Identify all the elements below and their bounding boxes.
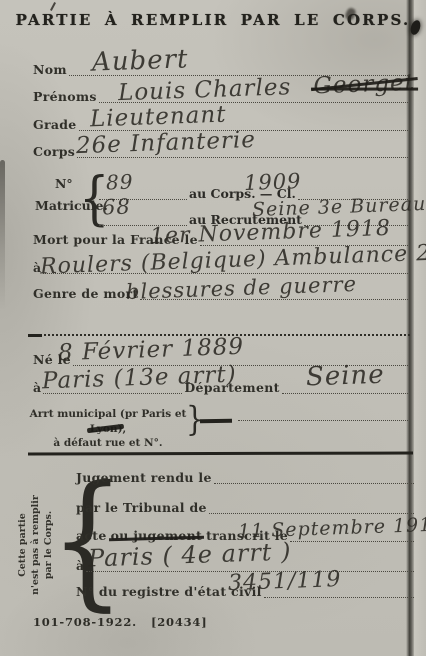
prenoms-struck-word: Georget — [313, 72, 415, 99]
page-edge-strip — [414, 0, 426, 656]
genre-mort-label: Genre de mort — [33, 288, 138, 303]
arr-municipal-line2: à défaut rue et N°. — [28, 436, 188, 451]
arr-municipal-line1: Arrt municipal (pr Paris et Lyon), — [28, 407, 188, 436]
imprint-number: [20434] — [151, 615, 208, 629]
page-title: PARTIE À REMPLIR PAR LE CORPS. — [0, 11, 426, 29]
dotted-leader — [290, 541, 414, 542]
jugement-label: Jugement rendu le — [76, 472, 212, 487]
pen-mark — [50, 2, 56, 11]
print-imprint: 101-708-1922.[20434] — [33, 615, 221, 629]
lieu-naissance-label: à — [33, 382, 41, 397]
matricule-recrutement-value: 68 — [102, 197, 131, 219]
prenoms-label: Prénoms — [33, 91, 97, 106]
nom-label: Nom — [33, 64, 67, 79]
nom-value: Aubert — [92, 46, 189, 75]
dotted-leader — [214, 483, 414, 484]
corps-value: 26e Infanterie — [76, 129, 257, 158]
side-note-line1: Cette partie — [17, 475, 30, 615]
corps-label: Corps — [33, 146, 75, 161]
field-tribunal: par le Tribunal de — [76, 502, 416, 517]
field-arr-municipal: Arrt municipal (pr Paris et Lyon), à déf… — [28, 407, 188, 451]
dotted-leader — [264, 597, 414, 598]
tribunal-label: par le Tribunal de — [76, 502, 207, 517]
hand-dash — [200, 419, 232, 424]
dotted-leader — [209, 513, 414, 514]
imprint-code: 101-708-1922. — [33, 615, 137, 629]
left-edge-smudge — [0, 160, 5, 310]
departement-value: Seine — [306, 362, 386, 391]
matricule-no-label: N° — [55, 178, 73, 191]
field-jugement: Jugement rendu le — [76, 472, 416, 487]
matricule-corps-value: 89 — [106, 172, 134, 193]
lieu-transcription-label: à — [76, 560, 84, 575]
grade-value: Lieutenant — [90, 104, 227, 132]
arr-municipal-struck-lyon: Lyon — [90, 422, 118, 437]
dotted-leader — [282, 393, 408, 394]
acte-label: acte — [76, 530, 107, 545]
side-note-line2: n'est pas à remplir — [30, 475, 43, 615]
arr-municipal-pre: Arrt municipal (pr Paris et — [30, 408, 187, 420]
registre-value: 3451/119 — [228, 569, 342, 595]
dotted-leader — [238, 420, 410, 421]
military-death-record-card: PARTIE À REMPLIR PAR LE CORPS. Nom Auber… — [0, 0, 426, 656]
classe-value: 1909 — [244, 171, 302, 194]
lieu-transcription-value: Paris ( 4e arrt ) — [88, 539, 292, 570]
grade-label: Grade — [33, 119, 77, 134]
